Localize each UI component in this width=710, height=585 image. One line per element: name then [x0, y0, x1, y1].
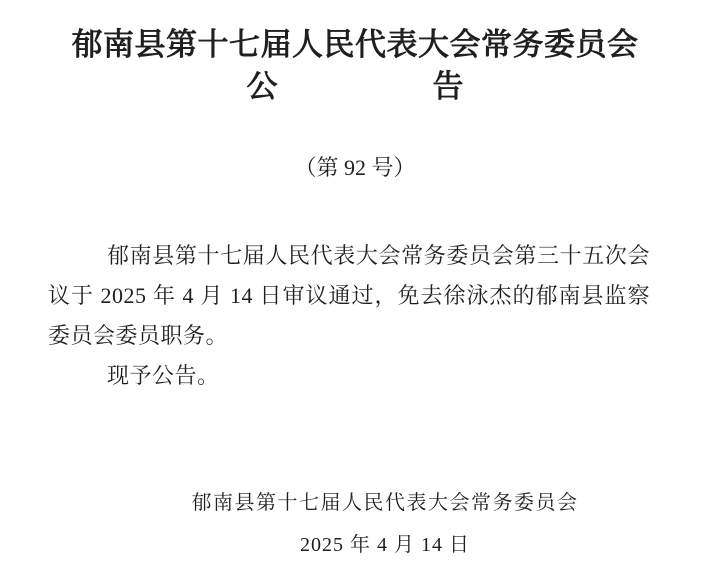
document-title-line2: 公 告: [0, 66, 710, 108]
document-body: 郁南县第十七届人民代表大会常务委员会第三十五次会议于 2025 年 4 月 14…: [48, 236, 650, 396]
signature-block: 郁南县第十七届人民代表大会常务委员会 2025 年 4 月 14 日: [30, 488, 710, 560]
document-title-line1: 郁南县第十七届人民代表大会常务委员会: [0, 24, 710, 66]
signature-issuer: 郁南县第十七届人民代表大会常务委员会: [30, 488, 710, 518]
body-paragraph-2: 现予公告。: [48, 356, 650, 396]
announcement-document: 郁南县第十七届人民代表大会常务委员会 公 告 （第 92 号） 郁南县第十七届人…: [0, 0, 710, 585]
document-number: （第 92 号）: [0, 153, 710, 183]
body-paragraph-1: 郁南县第十七届人民代表大会常务委员会第三十五次会议于 2025 年 4 月 14…: [48, 236, 650, 356]
signature-date: 2025 年 4 月 14 日: [30, 530, 710, 560]
